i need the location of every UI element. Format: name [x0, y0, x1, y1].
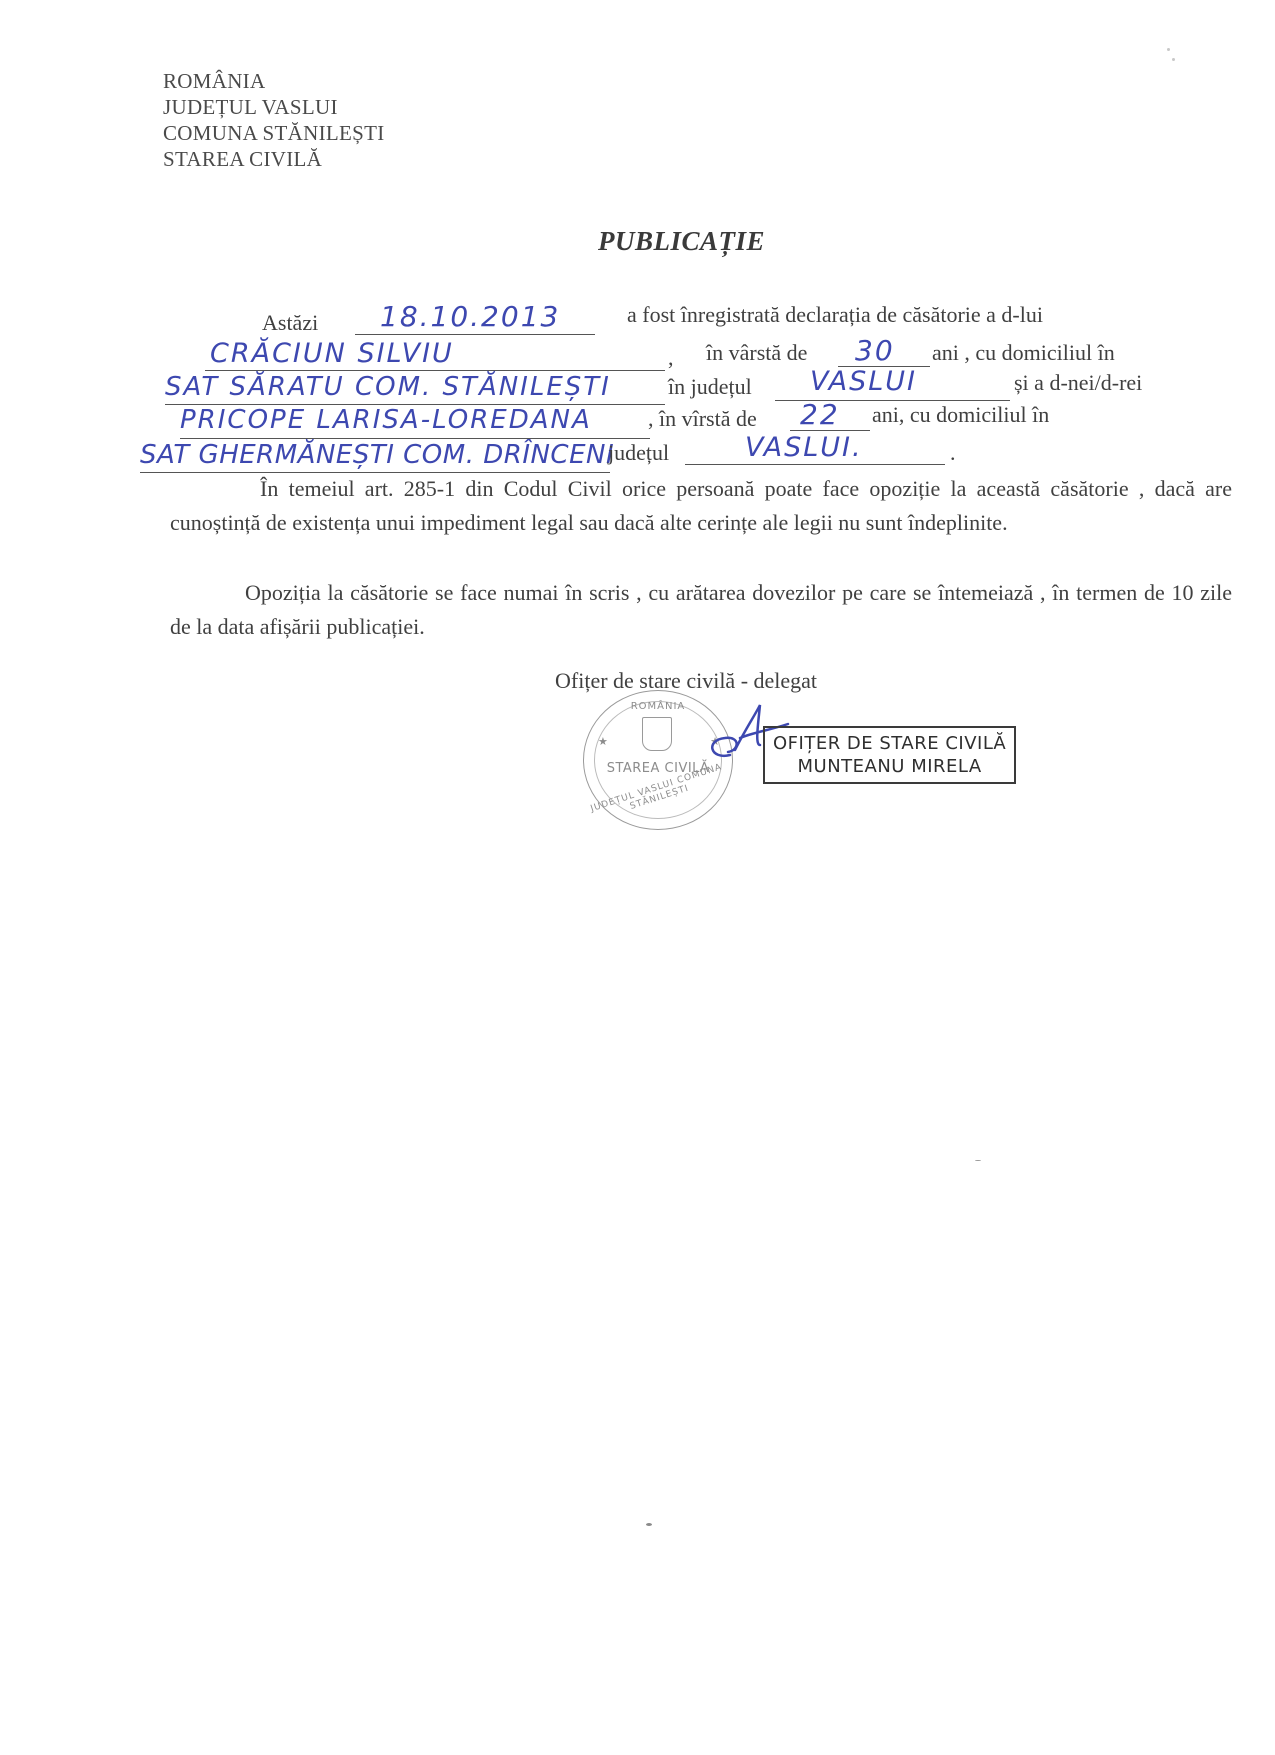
groom-name-underline — [205, 370, 665, 371]
label-bride-intro: și a d-nei/d-rei — [1014, 370, 1142, 396]
scan-speck — [1167, 48, 1170, 51]
period: . — [950, 440, 956, 466]
bride-county: VASLUI. — [745, 432, 863, 463]
legal-paragraph: În temeiul art. 285-1 din Codul Civil or… — [170, 472, 1232, 540]
label-bride-age: , în vîrstă de — [648, 406, 757, 432]
bride-age: 22 — [800, 398, 840, 431]
label-bride-domicile: ani, cu domiciliul în — [872, 402, 1049, 428]
scan-speck — [1172, 58, 1175, 61]
label-bride-county: județul — [608, 440, 669, 466]
opposition-paragraph: Opoziția la căsătorie se face numai în s… — [170, 576, 1232, 644]
opposition-text: Opoziția la căsătorie se face numai în s… — [170, 580, 1232, 639]
bride-address: SAT GHERMĂNEȘTI COM. DRÎNCENI — [140, 440, 614, 470]
groom-name: CRĂCIUN SILVIU — [210, 338, 454, 369]
coat-of-arms-icon — [642, 717, 672, 751]
groom-county: VASLUI — [810, 366, 917, 397]
label-groom-county: în județul — [668, 374, 752, 400]
officer-name-stamp: OFIȚER DE STARE CIVILĂ MUNTEANU MIRELA — [763, 726, 1016, 784]
issuer-header: ROMÂNIA JUDEȚUL VASLUI COMUNA STĂNILEȘTI… — [163, 68, 385, 172]
label-registered: a fost înregistrată declarația de căsăto… — [627, 302, 1043, 328]
officer-name: MUNTEANU MIRELA — [773, 755, 1006, 778]
groom-age: 30 — [855, 334, 895, 367]
officer-title: OFIȚER DE STARE CIVILĂ — [773, 732, 1006, 755]
header-commune: COMUNA STĂNILEȘTI — [163, 120, 385, 146]
star-icon: ★ — [598, 735, 608, 748]
scan-speck — [975, 1160, 981, 1161]
bride-name-underline — [180, 438, 650, 439]
label-today: Astăzi — [262, 310, 318, 336]
declaration-date: 18.10.2013 — [380, 300, 560, 333]
groom-address: SAT SĂRATU COM. STĂNILEȘTI — [165, 372, 611, 402]
legal-text: În temeiul art. 285-1 din Codul Civil or… — [170, 476, 1232, 535]
label-groom-age: în vârstă de — [706, 340, 807, 366]
document-page: ROMÂNIA JUDEȚUL VASLUI COMUNA STĂNILEȘTI… — [0, 0, 1275, 1755]
bride-county-underline — [685, 464, 945, 465]
scan-speck — [646, 1523, 652, 1526]
document-title: PUBLICAȚIE — [598, 226, 765, 257]
label-groom-domicile: ani , cu domiciliul în — [932, 340, 1115, 366]
officer-label: Ofițer de stare civilă - delegat — [555, 668, 817, 694]
header-department: STAREA CIVILĂ — [163, 146, 385, 172]
header-country: ROMÂNIA — [163, 68, 385, 94]
bride-name: PRICOPE LARISA-LOREDANA — [180, 405, 592, 435]
comma: , — [668, 345, 674, 371]
date-underline — [355, 334, 595, 335]
header-county: JUDEȚUL VASLUI — [163, 94, 385, 120]
